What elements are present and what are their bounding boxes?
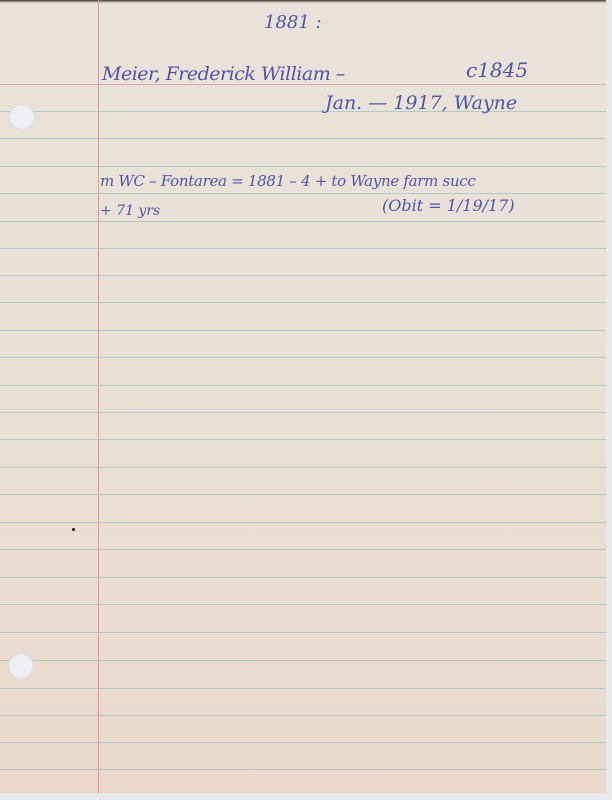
ruled-line	[0, 604, 606, 605]
ruled-line	[0, 660, 606, 661]
note-line-1: m WC – Fontarea = 1881 – 4 + to Wayne fa…	[100, 172, 476, 190]
ruled-line	[0, 357, 606, 358]
ruled-line	[0, 632, 606, 633]
ruled-line	[0, 330, 606, 331]
ruled-line	[0, 577, 606, 578]
heading-year: 1881 :	[264, 12, 322, 33]
ruled-line	[0, 193, 606, 194]
ruled-line	[0, 769, 606, 770]
ruled-line	[0, 385, 606, 386]
ruled-line	[0, 138, 606, 139]
ruled-line	[0, 522, 606, 523]
note-age: + 71 yrs	[100, 203, 160, 219]
scan-shadow	[0, 0, 606, 3]
ruled-line	[0, 715, 606, 716]
ruled-line	[0, 439, 606, 440]
margin-line	[98, 0, 99, 793]
ruled-line	[0, 688, 606, 689]
ruled-line	[0, 494, 606, 495]
punch-hole	[8, 653, 34, 679]
birth-year: c1845	[466, 58, 528, 82]
ruled-line	[0, 467, 606, 468]
person-name: Meier, Frederick William –	[102, 63, 345, 85]
punch-hole	[9, 104, 35, 130]
notebook-page: 1881 : Meier, Frederick William – c1845 …	[0, 0, 606, 793]
ruled-line	[0, 166, 606, 167]
ruled-line	[0, 549, 606, 550]
note-obit: (Obit = 1/19/17)	[382, 196, 515, 215]
ruled-line	[0, 221, 606, 222]
paper-speck	[72, 528, 75, 531]
death-info: Jan. — 1917, Wayne	[325, 92, 517, 114]
ruled-line	[0, 275, 606, 276]
ruled-line	[0, 412, 606, 413]
ruled-line	[0, 302, 606, 303]
ruled-line	[0, 742, 606, 743]
ruled-line	[0, 248, 606, 249]
